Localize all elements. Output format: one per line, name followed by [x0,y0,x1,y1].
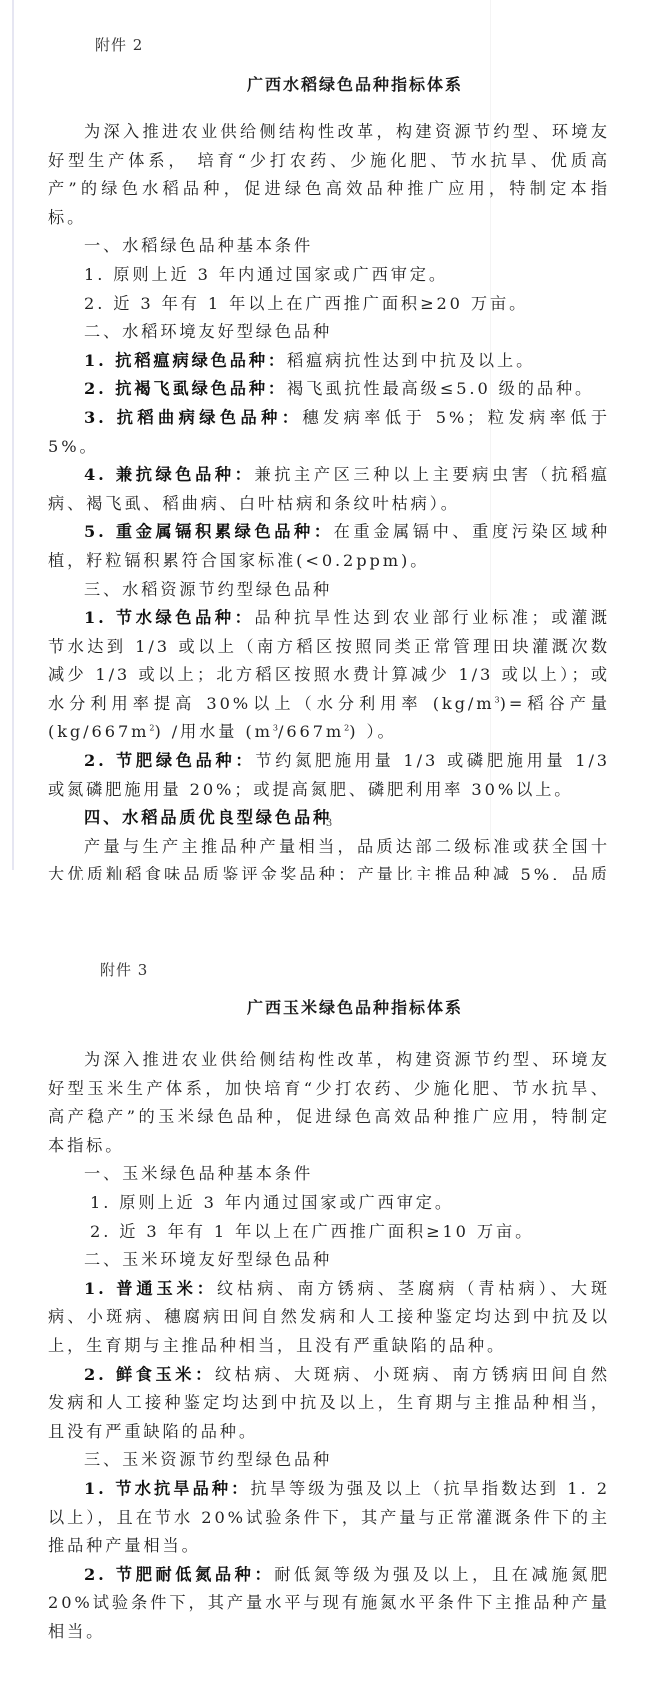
criteria-label: 2. 鲜食玉米： [84,1365,215,1384]
page-title: 广西水稻绿色品种指标体系 [30,72,650,95]
attachment-label: 附件 3 [100,959,148,980]
criteria-label: 2. 节肥绿色品种： [84,751,255,770]
criteria-text: ) /用水量 (m [154,722,272,741]
criteria-label: 1. 节水抗旱品种： [84,1479,250,1498]
criteria-item: 2. 鲜食玉米：纹枯病、大斑病、小斑病、南方锈病田间自然发病和人工接种鉴定均达到… [48,1361,610,1447]
page-edge-shadow [12,0,14,870]
criteria-item: 1. 节水绿色品种：品种抗旱性达到农业部行业标准；或灌溉节水达到 1/3 或以上… [48,604,610,747]
criteria-label: 1. 抗稻瘟病绿色品种： [84,351,287,370]
criteria-label: 1. 普通玉米： [84,1279,217,1298]
section-heading: 二、水稻环境友好型绿色品种 [48,318,610,347]
criteria-text: ) ）。 [349,722,396,741]
attachment-label: 附件 2 [95,34,143,55]
criteria-item: 3. 抗稻曲病绿色品种：穗发病率低于 5%；粒发病率低于 5%。 [48,404,610,461]
criteria-label: 2. 节肥耐低氮品种： [84,1565,274,1584]
document-body: 为深入推进农业供给侧结构性改革，构建资源节约型、环境友好型生产体系， 培育“少打… [48,118,610,919]
intro-paragraph: 为深入推进农业供给侧结构性改革，构建资源节约型、环境友好型玉米生产体系，加快培育… [48,1046,610,1160]
document-page-rice: 附件 2 广西水稻绿色品种指标体系 为深入推进农业供给侧结构性改革，构建资源节约… [0,0,650,875]
section-heading: 一、水稻绿色品种基本条件 [48,232,610,261]
criteria-item: 2. 抗褐飞虱绿色品种：褐飞虱抗性最高级≤5.0 级的品种。 [48,375,610,404]
page-title: 广西玉米绿色品种指标体系 [30,995,650,1018]
condition-item: 2. 近 3 年有 1 年以上在广西推广面积≥20 万亩。 [48,290,610,319]
section-heading: 三、水稻资源节约型绿色品种 [48,576,610,605]
section-heading: 二、玉米环境友好型绿色品种 [48,1246,610,1275]
page-number: 3 [4,818,650,829]
criteria-label: 2. 抗褐飞虱绿色品种： [84,379,287,398]
document-page-maize: 附件 3 广西玉米绿色品种指标体系 为深入推进农业供给侧结构性改革，构建资源节约… [0,880,650,1703]
document-body: 为深入推进农业供给侧结构性改革，构建资源节约型、环境友好型玉米生产体系，加快培育… [48,1046,610,1646]
criteria-item: 2. 节肥绿色品种：节约氮肥施用量 1/3 或磷肥施用量 1/3 或氮磷肥施用量… [48,747,610,804]
criteria-text: /667m [278,722,344,741]
criteria-text: 褐飞虱抗性最高级≤5.0 级的品种。 [287,379,594,398]
criteria-label: 4. 兼抗绿色品种： [84,465,254,484]
criteria-item: 4. 兼抗绿色品种：兼抗主产区三种以上主要病虫害（抗稻瘟病、褐飞虱、稻曲病、白叶… [48,461,610,518]
criteria-item: 1. 节水抗旱品种：抗旱等级为强及以上（抗旱指数达到 1. 2 以上），且在节水… [48,1475,610,1561]
criteria-label: 5. 重金属镉积累绿色品种： [84,522,334,541]
condition-item: 2. 近 3 年有 1 年以上在广西推广面积≥10 万亩。 [48,1218,610,1247]
section-heading: 三、玉米资源节约型绿色品种 [48,1446,610,1475]
criteria-item: 5. 重金属镉积累绿色品种：在重金属镉中、重度污染区域种植，籽粒镉积累符合国家标… [48,518,610,575]
criteria-item: 1. 普通玉米：纹枯病、南方锈病、茎腐病（青枯病）、大斑病、小斑病、穗腐病田间自… [48,1275,610,1361]
criteria-label: 1. 节水绿色品种： [84,608,254,627]
intro-paragraph: 为深入推进农业供给侧结构性改革，构建资源节约型、环境友好型生产体系， 培育“少打… [48,118,610,232]
condition-item: 1. 原则上近 3 年内通过国家或广西审定。 [48,261,610,290]
condition-item: 1. 原则上近 3 年内通过国家或广西审定。 [48,1189,610,1218]
section-heading: 一、玉米绿色品种基本条件 [48,1160,610,1189]
criteria-label: 3. 抗稻曲病绿色品种： [84,408,302,427]
criteria-item: 2. 节肥耐低氮品种：耐低氮等级为强及以上，且在减施氮肥 20%试验条件下，其产… [48,1561,610,1647]
criteria-item: 1. 抗稻瘟病绿色品种：稻瘟病抗性达到中抗及以上。 [48,347,610,376]
criteria-text: 稻瘟病抗性达到中抗及以上。 [287,351,535,370]
